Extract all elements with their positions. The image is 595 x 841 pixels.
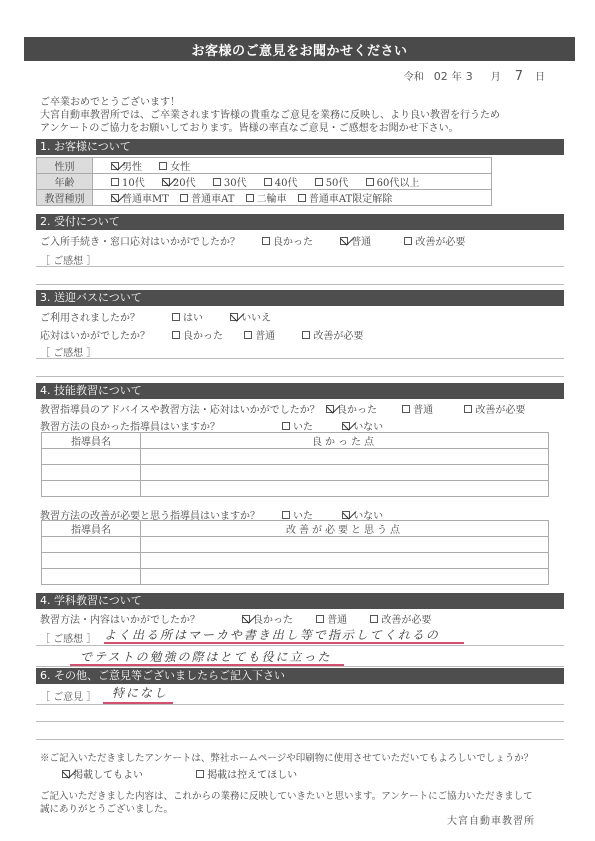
section-3-header: 3. 送迎バスについて bbox=[36, 290, 564, 306]
age-label: 年齢 bbox=[37, 174, 93, 190]
classroom-options: 良かった 普通 改善が必要 bbox=[242, 611, 445, 626]
classroom-comment-rule-2 bbox=[36, 666, 564, 667]
course-at-option[interactable]: 普通車AT bbox=[180, 190, 234, 205]
checkbox-checked-icon[interactable] bbox=[342, 511, 350, 519]
good-instructor-table-header: 指導員名 良かった点 bbox=[42, 433, 549, 449]
course-motorcycle-option[interactable]: 二輪車 bbox=[246, 190, 287, 205]
other-comment-rule-1 bbox=[36, 704, 564, 705]
checkbox-checked-icon[interactable] bbox=[111, 162, 119, 170]
age-30s-option[interactable]: 30代 bbox=[213, 174, 247, 189]
reception-improve-option[interactable]: 改善が必要 bbox=[404, 233, 465, 248]
checkbox-checked-icon[interactable] bbox=[242, 615, 250, 623]
classroom-comment-rule-1 bbox=[36, 645, 564, 646]
intro-line-1: ご卒業おめでとうございます！ bbox=[40, 96, 560, 109]
classroom-comment-line-2[interactable]: でテストの勉強の際はとても役に立った bbox=[80, 648, 332, 665]
good-instructor-options: いた いない bbox=[282, 418, 397, 433]
classroom-good-option[interactable]: 良かった bbox=[242, 611, 293, 626]
good-points-cell[interactable] bbox=[141, 465, 549, 481]
table-row bbox=[42, 481, 549, 497]
reception-comment-label: ［ ご感想 ］ bbox=[40, 252, 96, 267]
table-row bbox=[42, 553, 549, 569]
date-era: 令和 bbox=[404, 68, 424, 83]
instructor-name-cell[interactable] bbox=[42, 465, 141, 481]
good-instructor-table: 指導員名 良かった点 bbox=[41, 432, 549, 497]
bus-usage-no-option[interactable]: いいえ bbox=[230, 309, 271, 324]
instructor-name-cell[interactable] bbox=[42, 553, 141, 569]
course-type-options: 普通車MT 普通車AT 二輪車 普通車AT限定解除 bbox=[93, 190, 492, 206]
other-comment-rule-3[interactable] bbox=[36, 739, 564, 740]
reception-options: 良かった 普通 改善が必要 bbox=[262, 233, 479, 248]
improve-points-cell[interactable] bbox=[141, 537, 549, 553]
checkbox-icon[interactable] bbox=[366, 178, 374, 186]
customer-info-table: 性別 男性 女性 年齢 10代 20代 30代 40代 50代 60代以上 教習… bbox=[36, 157, 492, 206]
instructor-name-cell[interactable] bbox=[42, 481, 141, 497]
intro-text: ご卒業おめでとうございます！ 大宮自動車教習所では、ご卒業されます皆様の貴重なご… bbox=[40, 96, 560, 135]
instructor-advice-normal-option[interactable]: 普通 bbox=[402, 401, 433, 416]
table-row bbox=[42, 537, 549, 553]
other-comment-label: ［ ご意見 ］ bbox=[40, 688, 96, 703]
good-points-cell[interactable] bbox=[141, 449, 549, 465]
checkbox-icon[interactable] bbox=[316, 615, 324, 623]
checkbox-icon[interactable] bbox=[264, 178, 272, 186]
date-month-label: 月 bbox=[491, 68, 501, 83]
instructor-name-header: 指導員名 bbox=[42, 433, 141, 449]
date-line: 令和 02 年 3 月 7 日 bbox=[404, 68, 545, 84]
permission-allow-option[interactable]: 掲載してもよい bbox=[62, 766, 143, 781]
permission-options: 掲載してもよい 掲載は控えてほしい bbox=[62, 766, 311, 781]
checkbox-checked-icon[interactable] bbox=[111, 194, 119, 202]
instructor-advice-improve-option[interactable]: 改善が必要 bbox=[464, 401, 525, 416]
course-type-row: 教習種別 普通車MT 普通車AT 二輪車 普通車AT限定解除 bbox=[37, 190, 492, 206]
permission-question: ※ご記入いただきましたアンケートは、弊社ホームページや印刷物に使用させていただい… bbox=[40, 752, 533, 765]
checkbox-icon[interactable] bbox=[302, 331, 310, 339]
course-mt-option[interactable]: 普通車MT bbox=[111, 190, 169, 205]
bus-service-question: 応対はいかがでしたか？ bbox=[40, 327, 150, 342]
age-40s-option[interactable]: 40代 bbox=[264, 174, 298, 189]
section-2-header: 2. 受付について bbox=[36, 214, 564, 230]
bus-comment-label: ［ ご感想 ］ bbox=[40, 344, 96, 359]
section-4-header: 4. 技能教習について bbox=[36, 383, 564, 399]
improve-points-header: 改善が必要と思う点 bbox=[141, 521, 549, 537]
signature: 大宮自動車教習所 bbox=[447, 815, 535, 828]
improve-points-cell[interactable] bbox=[141, 553, 549, 569]
bus-comment-line-2[interactable] bbox=[36, 376, 564, 377]
checkbox-icon[interactable] bbox=[172, 331, 180, 339]
classroom-question: 教習方法・内容はいかがでしたか？ bbox=[40, 611, 200, 626]
section-6-header: 6. その他、ご意見等ございましたらご記入下さい bbox=[36, 668, 564, 684]
checkbox-icon[interactable] bbox=[196, 770, 204, 778]
thanks-text: ご記入いただきました内容は、これからの業務に反映していきたいと思います。アンケー… bbox=[40, 790, 533, 816]
gender-label: 性別 bbox=[37, 158, 93, 174]
date-day-label: 日 bbox=[535, 68, 545, 83]
bus-usage-options: はい いいえ bbox=[172, 309, 285, 324]
good-points-header: 良かった点 bbox=[141, 433, 549, 449]
section-1-header: 1. お客様について bbox=[36, 139, 564, 155]
date-year-field[interactable]: 02 bbox=[434, 70, 448, 83]
improve-points-cell[interactable] bbox=[141, 569, 549, 585]
checkbox-icon[interactable] bbox=[315, 178, 323, 186]
bus-service-normal-option[interactable]: 普通 bbox=[244, 327, 275, 342]
bus-service-options: 良かった 普通 改善が必要 bbox=[172, 327, 377, 342]
reception-normal-option[interactable]: 普通 bbox=[340, 233, 371, 248]
course-type-label: 教習種別 bbox=[37, 190, 93, 206]
reception-question: ご入所手続き・窓口応対はいかがでしたか？ bbox=[40, 233, 240, 248]
table-row bbox=[42, 465, 549, 481]
age-10s-option[interactable]: 10代 bbox=[111, 174, 145, 189]
checkbox-icon[interactable] bbox=[246, 194, 254, 202]
bus-usage-question: ご利用されましたか？ bbox=[40, 309, 140, 324]
date-day-field[interactable]: 7 bbox=[515, 69, 523, 84]
red-underline bbox=[104, 642, 464, 644]
checkbox-icon[interactable] bbox=[159, 162, 167, 170]
checkbox-icon[interactable] bbox=[262, 237, 270, 245]
classroom-improve-option[interactable]: 改善が必要 bbox=[370, 611, 431, 626]
classroom-comment-line-1[interactable]: よく出る所はマーカや書き出し等で指示してくれるの bbox=[104, 626, 440, 643]
instructor-name-cell[interactable] bbox=[42, 569, 141, 585]
instructor-name-cell[interactable] bbox=[42, 537, 141, 553]
checkbox-checked-icon[interactable] bbox=[62, 770, 70, 778]
age-row: 年齢 10代 20代 30代 40代 50代 60代以上 bbox=[37, 174, 492, 190]
checkbox-icon[interactable] bbox=[282, 422, 290, 430]
checkbox-checked-icon[interactable] bbox=[230, 313, 238, 321]
date-year-label: 年 bbox=[452, 68, 462, 83]
instructor-advice-options: 良かった 普通 改善が必要 bbox=[326, 401, 539, 416]
intro-line-3: アンケートのご協力をお願いしております。皆様の率直なご意見・ご感想をお聞かせ下さ… bbox=[40, 122, 560, 135]
other-comment-rule-2[interactable] bbox=[36, 721, 564, 722]
checkbox-icon[interactable] bbox=[298, 194, 306, 202]
reception-comment-line-2[interactable] bbox=[36, 284, 564, 285]
improve-instructor-table: 指導員名 改善が必要と思う点 bbox=[41, 520, 549, 585]
gender-female-option[interactable]: 女性 bbox=[159, 158, 190, 173]
gender-options: 男性 女性 bbox=[93, 158, 492, 174]
checkbox-checked-icon[interactable] bbox=[326, 405, 334, 413]
gender-row: 性別 男性 女性 bbox=[37, 158, 492, 174]
age-50s-option[interactable]: 50代 bbox=[315, 174, 349, 189]
table-row bbox=[42, 449, 549, 465]
instructor-advice-question: 教習指導員のアドバイスや教習方法・応対はいかがでしたか？ bbox=[40, 401, 320, 416]
age-60s-plus-option[interactable]: 60代以上 bbox=[366, 174, 420, 189]
checkbox-icon[interactable] bbox=[244, 331, 252, 339]
age-20s-option[interactable]: 20代 bbox=[162, 174, 196, 189]
reception-good-option[interactable]: 良かった bbox=[262, 233, 313, 248]
good-instructor-yes-option[interactable]: いた bbox=[282, 418, 313, 433]
checkbox-icon[interactable] bbox=[111, 178, 119, 186]
checkbox-icon[interactable] bbox=[172, 313, 180, 321]
instructor-name-header: 指導員名 bbox=[42, 521, 141, 537]
thanks-line-1: ご記入いただきました内容は、これからの業務に反映していきたいと思います。アンケー… bbox=[40, 790, 533, 803]
intro-line-2: 大宮自動車教習所では、ご卒業されます皆様の貴重なご意見を業務に反映し、より良い教… bbox=[40, 109, 560, 122]
instructor-advice-good-option[interactable]: 良かった bbox=[326, 401, 377, 416]
checkbox-checked-icon[interactable] bbox=[342, 422, 350, 430]
date-month-field[interactable]: 3 bbox=[466, 70, 473, 83]
checkbox-icon[interactable] bbox=[213, 178, 221, 186]
checkbox-checked-icon[interactable] bbox=[340, 237, 348, 245]
checkbox-icon[interactable] bbox=[282, 511, 290, 519]
permission-deny-option[interactable]: 掲載は控えてほしい bbox=[196, 766, 297, 781]
good-points-cell[interactable] bbox=[141, 481, 549, 497]
checkbox-icon[interactable] bbox=[464, 405, 472, 413]
reception-comment-line-1[interactable] bbox=[36, 266, 564, 267]
instructor-name-cell[interactable] bbox=[42, 449, 141, 465]
checkbox-icon[interactable] bbox=[180, 194, 188, 202]
bus-service-good-option[interactable]: 良かった bbox=[172, 327, 223, 342]
bus-usage-yes-option[interactable]: はい bbox=[172, 309, 203, 324]
classroom-normal-option[interactable]: 普通 bbox=[316, 611, 347, 626]
improve-instructor-table-header: 指導員名 改善が必要と思う点 bbox=[42, 521, 549, 537]
checkbox-icon[interactable] bbox=[402, 405, 410, 413]
section-5-header: 4. 学科教習について bbox=[36, 593, 564, 609]
checkbox-icon[interactable] bbox=[370, 615, 378, 623]
bus-service-improve-option[interactable]: 改善が必要 bbox=[302, 327, 363, 342]
checkbox-checked-icon[interactable] bbox=[162, 178, 170, 186]
good-instructor-question: 教習方法の良かった指導員はいますか？ bbox=[40, 418, 220, 433]
bus-comment-line-1[interactable] bbox=[36, 358, 564, 359]
table-row bbox=[42, 569, 549, 585]
course-at-limit-release-option[interactable]: 普通車AT限定解除 bbox=[298, 190, 392, 205]
classroom-comment-label: ［ ご感想 ］ bbox=[40, 630, 96, 645]
other-comment[interactable]: 特になし bbox=[112, 684, 168, 701]
gender-male-option[interactable]: 男性 bbox=[111, 158, 142, 173]
good-instructor-no-option[interactable]: いない bbox=[342, 418, 383, 433]
page-title: お客様のご意見をお聞かせください bbox=[24, 37, 575, 61]
checkbox-icon[interactable] bbox=[404, 237, 412, 245]
age-options: 10代 20代 30代 40代 50代 60代以上 bbox=[93, 174, 492, 190]
